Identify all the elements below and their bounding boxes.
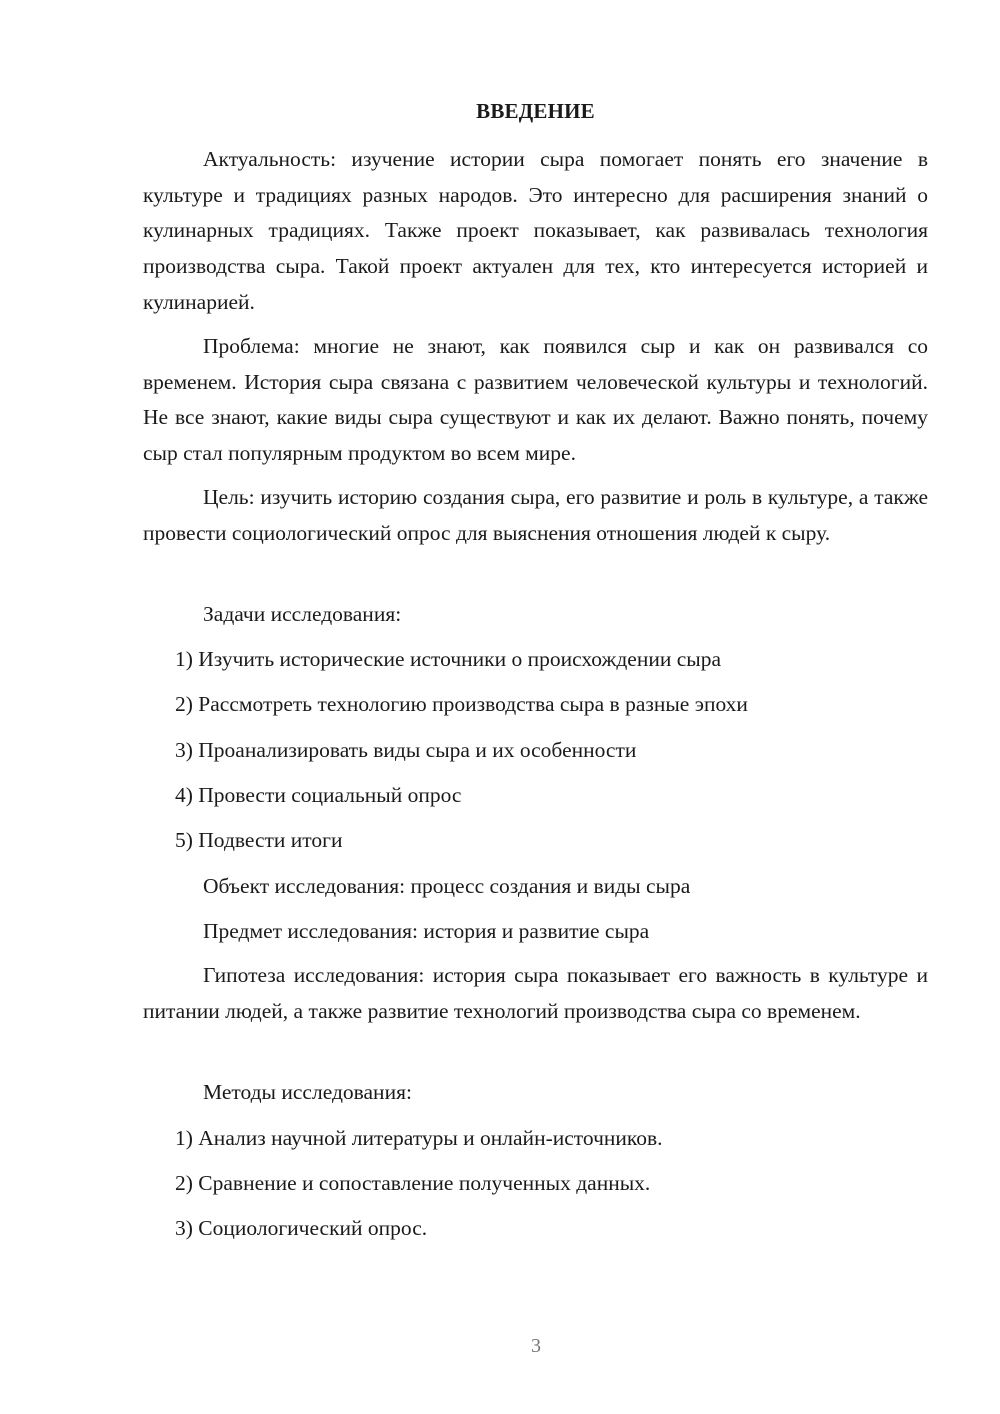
problem-paragraph: Проблема: многие не знают, как появился … xyxy=(143,329,928,472)
methods-heading: Методы исследования: xyxy=(203,1078,412,1106)
object-line: Объект исследования: процесс создания и … xyxy=(203,872,690,900)
hypothesis-paragraph: Гипотеза исследования: история сыра пока… xyxy=(143,958,928,1029)
task-item: 1) Изучить исторические источники о прои… xyxy=(175,645,721,673)
task-item: 4) Провести социальный опрос xyxy=(175,781,461,809)
page-number: 3 xyxy=(0,1335,1000,1358)
method-item: 1) Анализ научной литературы и онлайн-ис… xyxy=(175,1124,663,1152)
tasks-heading: Задачи исследования: xyxy=(203,600,401,628)
relevance-paragraph: Актуальность: изучение истории сыра помо… xyxy=(143,142,928,321)
goal-paragraph: Цель: изучить историю создания сыра, его… xyxy=(143,480,928,551)
task-item: 2) Рассмотреть технологию производства с… xyxy=(175,690,748,718)
subject-line: Предмет исследования: история и развитие… xyxy=(203,917,649,945)
task-item: 5) Подвести итоги xyxy=(175,826,343,854)
task-item: 3) Проанализировать виды сыра и их особе… xyxy=(175,736,636,764)
section-title: ВВЕДЕНИЕ xyxy=(143,98,928,124)
method-item: 2) Сравнение и сопоставление полученных … xyxy=(175,1169,650,1197)
method-item: 3) Социологический опрос. xyxy=(175,1214,427,1242)
